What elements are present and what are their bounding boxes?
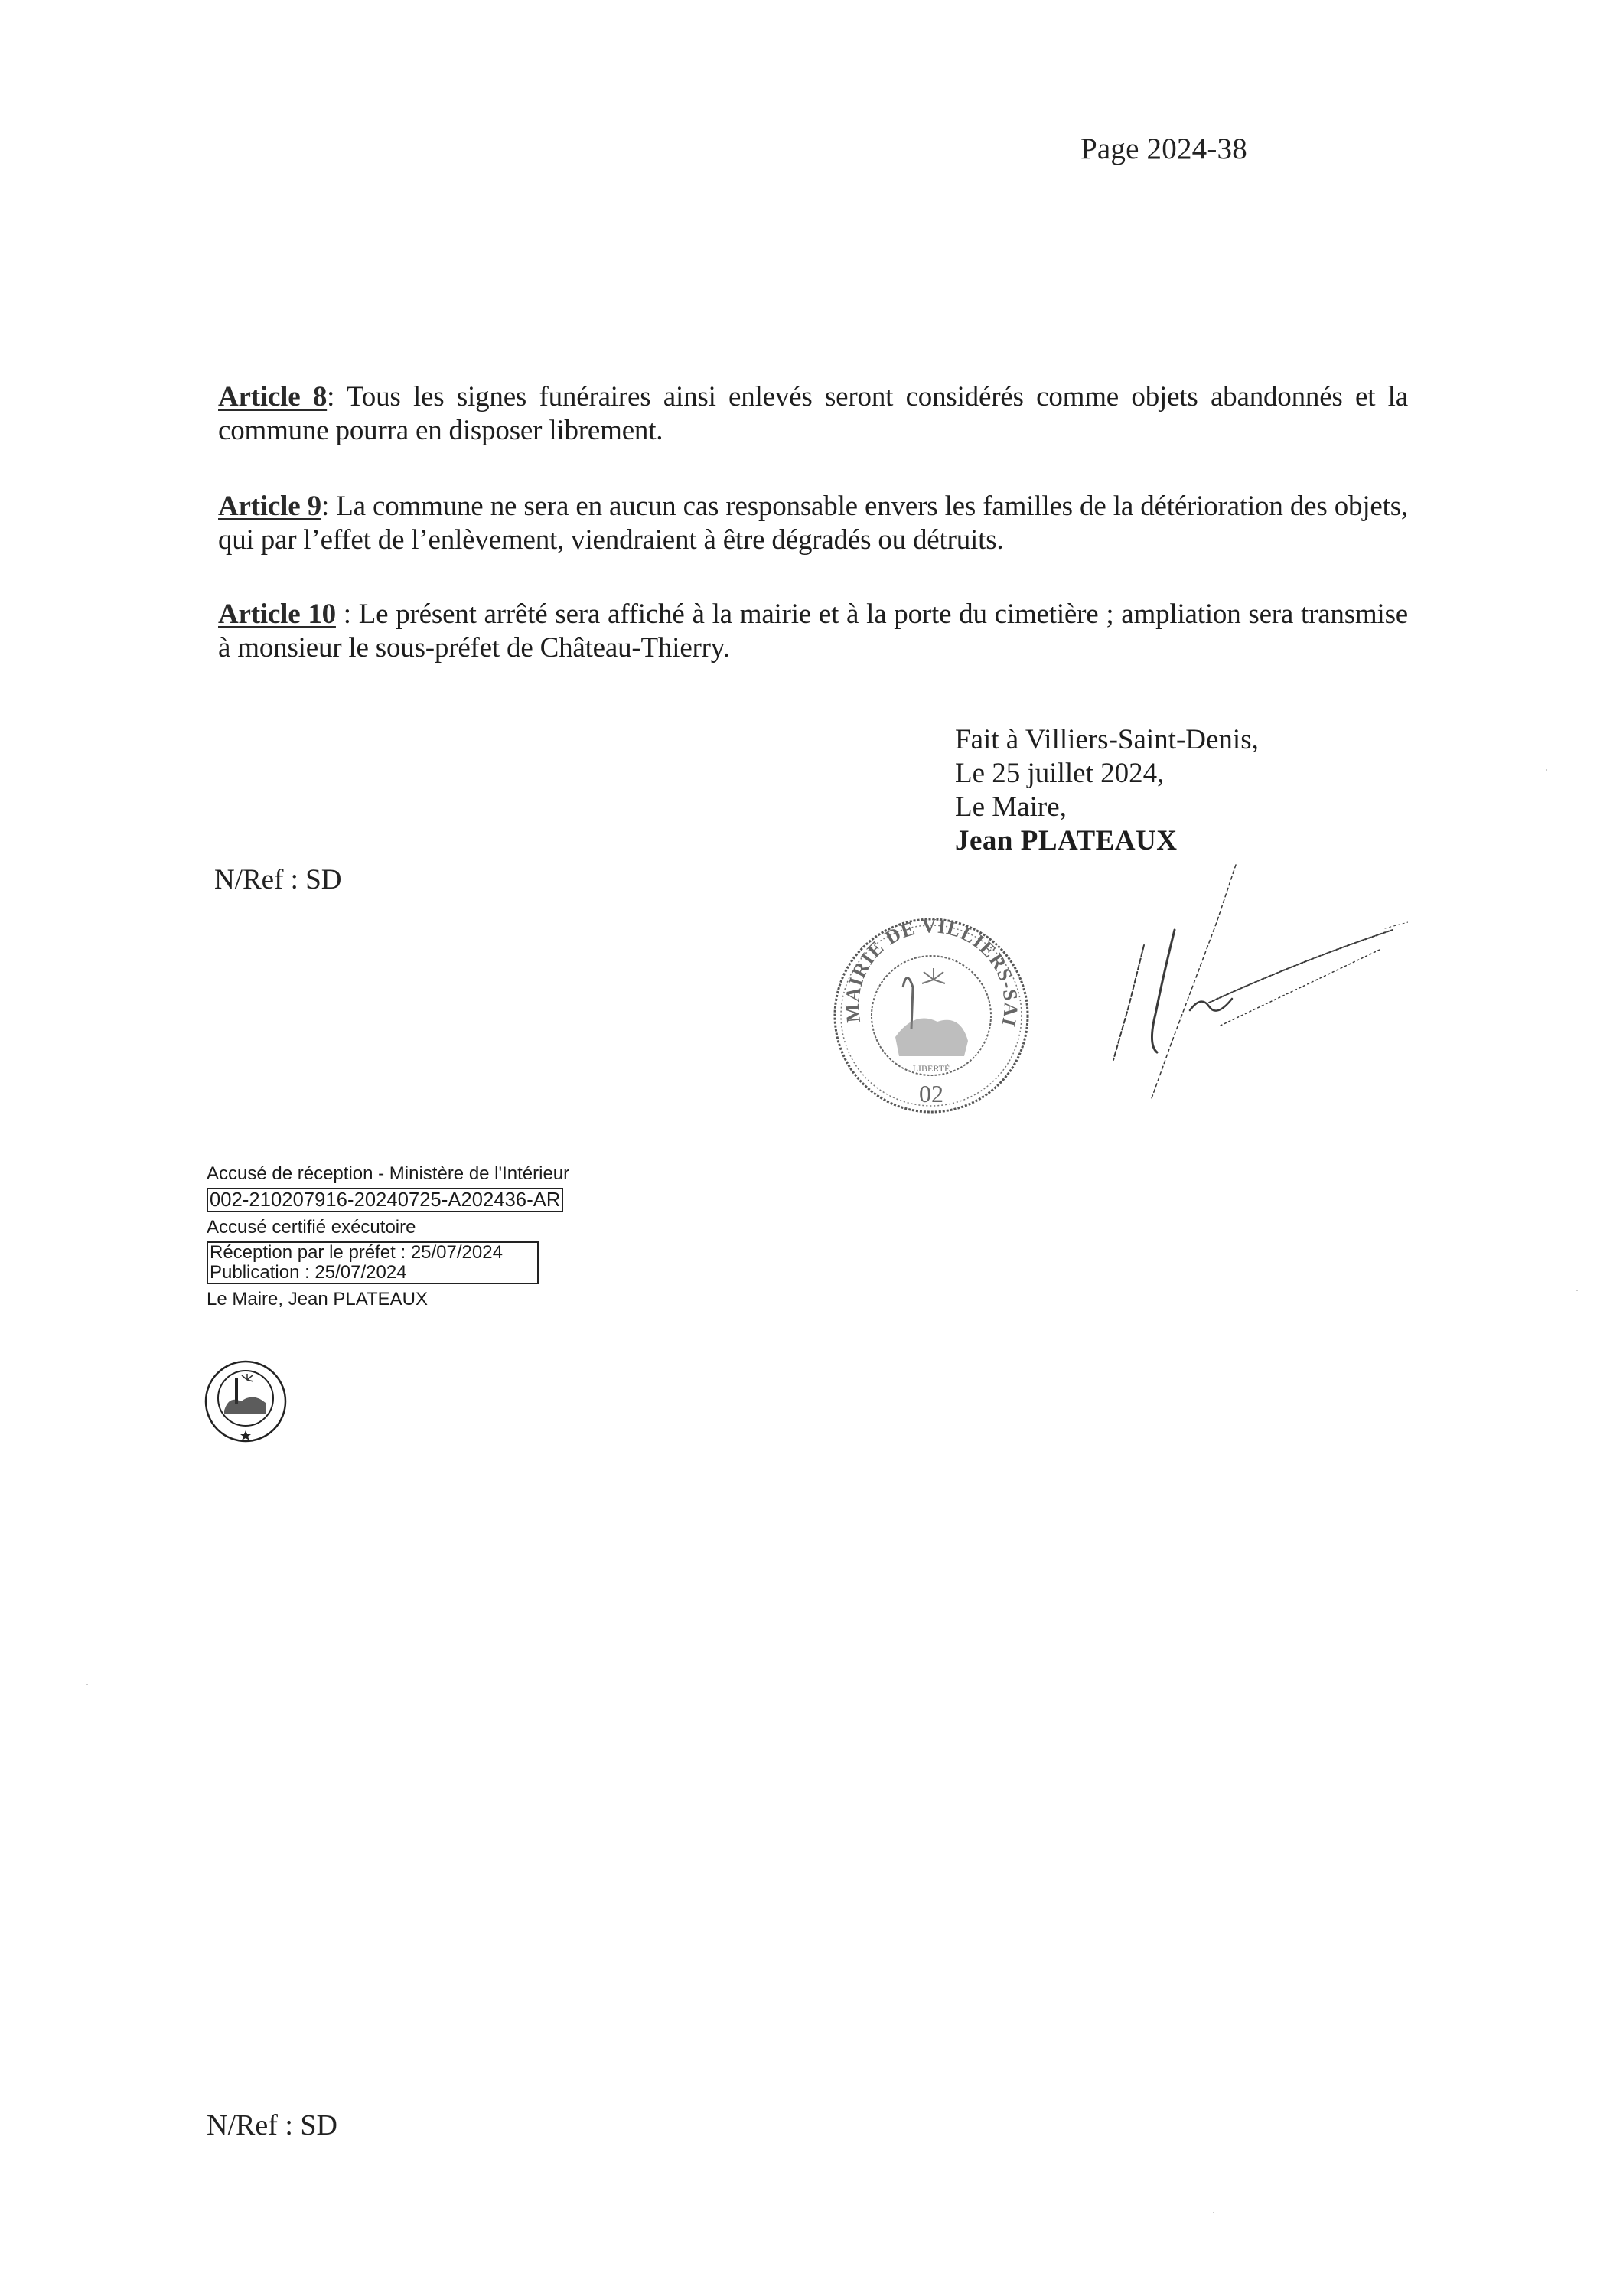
scan-speck bbox=[86, 1684, 88, 1685]
article-10-separator: : bbox=[336, 598, 359, 630]
acknowledgment-title: Accusé de réception - Ministère de l'Int… bbox=[207, 1162, 569, 1186]
article-10: Article 10 : Le présent arrêté sera affi… bbox=[218, 598, 1408, 665]
signature-date: Le 25 juillet 2024, bbox=[955, 757, 1259, 791]
signature-role: Le Maire, bbox=[955, 791, 1259, 824]
municipal-seal-icon: MAIRIE DE VILLIERS-SAINT-DENIS LIBERTÉ 0… bbox=[830, 915, 1033, 1117]
svg-text:MAIRIE DE VILLIERS-SAINT-DENIS: MAIRIE DE VILLIERS-SAINT-DENIS bbox=[830, 915, 1022, 1029]
article-9: Article 9: La commune ne sera en aucun c… bbox=[218, 490, 1408, 557]
signature-name: Jean PLATEAUX bbox=[955, 824, 1259, 858]
article-10-label: Article 10 bbox=[218, 598, 336, 630]
article-9-separator: : bbox=[321, 491, 336, 522]
signature-block: Fait à Villiers-Saint-Denis, Le 25 juill… bbox=[955, 723, 1259, 858]
scan-speck bbox=[1213, 2212, 1214, 2213]
scan-speck bbox=[1546, 769, 1547, 771]
acknowledgment-dates: Réception par le préfet : 25/07/2024 Pub… bbox=[207, 1241, 539, 1284]
reference-bottom: N/Ref : SD bbox=[207, 2108, 337, 2142]
acknowledgment-reception-date: Réception par le préfet : 25/07/2024 bbox=[210, 1243, 536, 1263]
handwritten-signature bbox=[1025, 861, 1408, 1114]
republic-emblem-icon bbox=[203, 1358, 288, 1444]
article-10-text: Le présent arrêté sera affiché à la mair… bbox=[218, 598, 1408, 664]
acknowledgment-stamp: Accusé de réception - Ministère de l'Int… bbox=[207, 1162, 569, 1312]
article-8-separator: : bbox=[327, 381, 347, 413]
signature-place: Fait à Villiers-Saint-Denis, bbox=[955, 723, 1259, 757]
acknowledgment-publication-date: Publication : 25/07/2024 bbox=[210, 1263, 536, 1283]
scan-speck bbox=[1576, 1290, 1578, 1291]
article-9-text: La commune ne sera en aucun cas responsa… bbox=[218, 491, 1408, 556]
article-8-text: Tous les signes funéraires ainsi enlevés… bbox=[218, 381, 1408, 446]
acknowledgment-id: 002-210207916-20240725-A202436-AR bbox=[207, 1188, 563, 1212]
article-8: Article 8: Tous les signes funéraires ai… bbox=[218, 380, 1408, 448]
svg-text:LIBERTÉ: LIBERTÉ bbox=[913, 1063, 950, 1074]
acknowledgment-certified: Accusé certifié exécutoire bbox=[207, 1215, 569, 1240]
page-number: Page 2024-38 bbox=[1080, 132, 1247, 166]
svg-text:02: 02 bbox=[919, 1080, 943, 1107]
article-9-label: Article 9 bbox=[218, 491, 321, 522]
article-8-label: Article 8 bbox=[218, 381, 327, 413]
acknowledgment-signatory: Le Maire, Jean PLATEAUX bbox=[207, 1287, 569, 1312]
reference-top: N/Ref : SD bbox=[214, 863, 342, 896]
